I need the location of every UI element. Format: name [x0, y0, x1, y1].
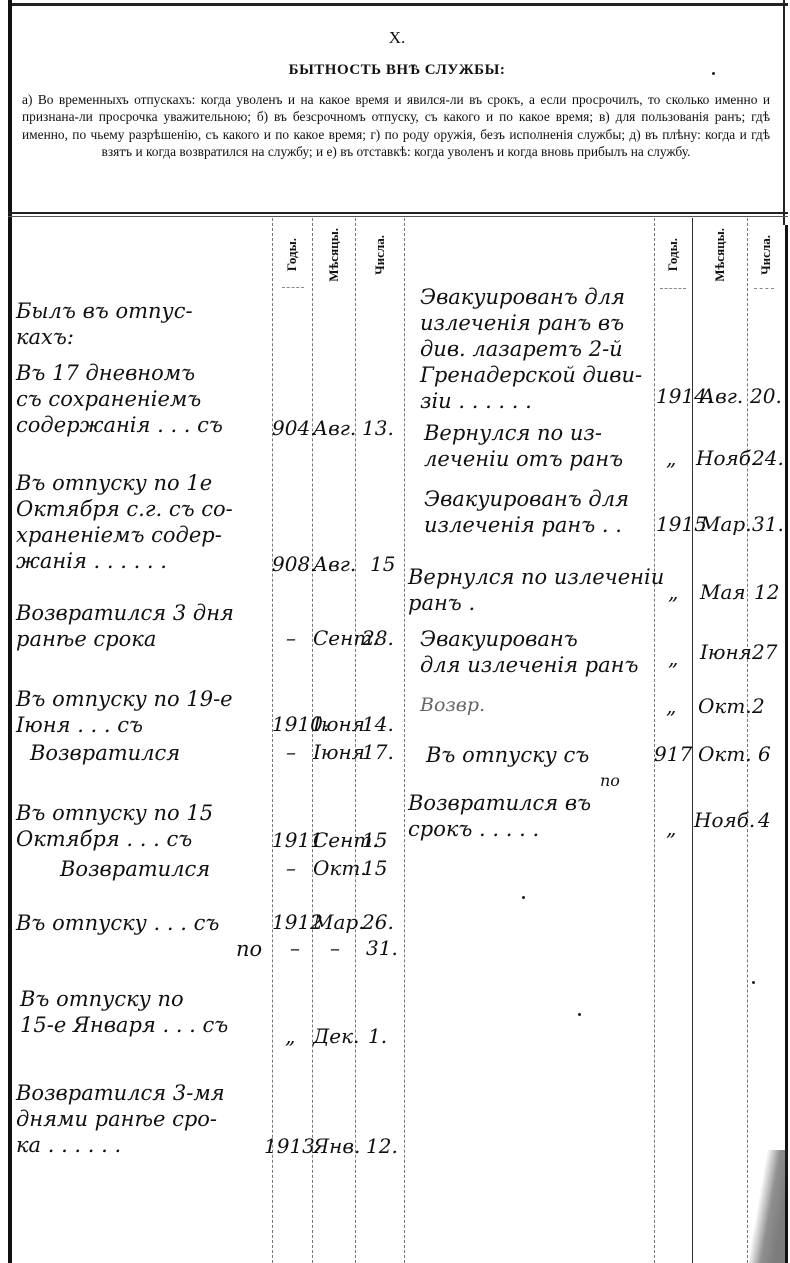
col-header-right-days: Числа.: [747, 222, 785, 288]
right-day: 12: [754, 580, 779, 604]
left-year: –: [286, 740, 296, 764]
left-month: Іюня: [313, 712, 365, 736]
left-day: 12.: [366, 1134, 398, 1158]
left-month: Янв.: [313, 1134, 360, 1158]
left-entry: Возвратился 3-мя днями ранѣе сро- ка . .…: [16, 1080, 225, 1158]
section-title: БЫТНОСТЬ ВНѢ СЛУЖБЫ:: [14, 62, 780, 79]
right-entry: Въ отпуску съ: [426, 742, 589, 768]
left-month: Окт.: [313, 856, 367, 880]
right-month: Окт.: [698, 742, 752, 766]
right-month: Авг.: [700, 384, 743, 408]
right-entry: по: [600, 768, 620, 794]
right-month: Нояб.: [696, 446, 757, 470]
right-entry: Возвр.: [420, 692, 485, 718]
left-entry: Возвратился: [30, 740, 180, 766]
service-record-page: X. БЫТНОСТЬ ВНѢ СЛУЖБЫ: а) Во временныхъ…: [0, 0, 790, 1263]
left-year: „: [285, 1024, 295, 1048]
left-year: –: [286, 626, 296, 650]
left-month: Іюня: [313, 740, 365, 764]
right-entry: Эвакуированъ для излеченія ранъ . .: [424, 486, 629, 538]
col-header-left-days: Числа.: [355, 222, 404, 288]
right-entry: Вернулся по излеченіи ранъ .: [408, 564, 664, 616]
header-dash: [754, 288, 774, 289]
right-year: „: [666, 816, 676, 840]
left-year: 904.: [272, 416, 317, 440]
left-day: 28.: [362, 626, 394, 650]
right-day: 24.: [752, 446, 784, 470]
right-year: „: [666, 694, 676, 718]
right-entry: Возвратился въ срокъ . . . . .: [408, 790, 591, 842]
right-day: 6: [758, 742, 771, 766]
left-day: 1.: [368, 1024, 387, 1048]
left-entry: Возвратился: [60, 856, 210, 882]
left-entry: Въ отпуску по 15 Октября . . . съ: [16, 800, 213, 852]
divider-center: [404, 218, 405, 1263]
right-year: „: [666, 446, 676, 470]
left-entry: по: [236, 936, 262, 962]
right-day: 27: [752, 640, 777, 664]
left-entry: Въ отпуску . . . съ: [16, 910, 219, 936]
divider-left-years: [272, 218, 273, 1263]
left-day: 17.: [362, 740, 394, 764]
right-entry: Вернулся по из- леченіи отъ ранъ: [424, 420, 623, 472]
right-month: Іюня: [700, 640, 752, 664]
left-day: 15: [362, 828, 387, 852]
top-rule: [8, 3, 788, 6]
col-header-left-months: Мѣсяцы.: [312, 222, 355, 288]
left-month: Авг.: [313, 552, 356, 576]
left-year: 1913: [264, 1134, 315, 1158]
left-entry: Въ 17 дневномъ съ сохраненіемъ содержані…: [16, 360, 223, 438]
left-month: Мар.: [313, 910, 365, 934]
right-year: „: [668, 646, 678, 670]
left-year: 908.: [272, 552, 317, 576]
section-number: X.: [14, 28, 780, 48]
header-rule-thin: [8, 216, 788, 217]
left-day: 26.: [362, 910, 394, 934]
left-day: 31.: [366, 936, 398, 960]
right-year: „: [668, 580, 678, 604]
header-dash: [660, 288, 686, 289]
right-border: [785, 225, 788, 1263]
left-year: –: [286, 856, 296, 880]
col-header-right-years: Годы.: [654, 222, 692, 288]
section-instructions: а) Во временныхъ отпускахъ: когда уволен…: [22, 91, 770, 160]
left-entry: Возвратился 3 дня ранѣе срока: [16, 600, 234, 652]
divider-right-days: [747, 218, 748, 1263]
left-month: Авг.: [313, 416, 356, 440]
divider-right-months: [692, 218, 693, 1263]
scan-speck: [522, 896, 525, 899]
right-day: 2: [752, 694, 765, 718]
right-day: 31.: [752, 512, 784, 536]
section-header: X. БЫТНОСТЬ ВНѢ СЛУЖБЫ: а) Во временныхъ…: [14, 8, 780, 160]
left-entry: Въ отпуску по 19-е Іюня . . . съ: [16, 686, 233, 738]
header-dash: [282, 287, 304, 288]
scan-speck: [578, 1013, 581, 1016]
right-month: Нояб.: [694, 808, 755, 832]
left-day: 13.: [362, 416, 394, 440]
right-month: Мар.: [700, 512, 752, 536]
left-entry: Въ отпуску по 15-е Января . . . съ: [20, 986, 228, 1038]
right-year: 917: [654, 742, 692, 766]
divider-right-years: [654, 218, 655, 1263]
left-month: –: [330, 936, 340, 960]
left-year: –: [290, 936, 300, 960]
left-entry: Былъ въ отпус- кахъ:: [16, 298, 193, 350]
left-entry: Въ отпуску по 1е Октября с.г. съ со- хра…: [16, 470, 233, 574]
right-day: 20.: [750, 384, 782, 408]
scan-speck: [712, 72, 715, 75]
col-header-left-years: Годы.: [272, 222, 312, 288]
right-month: Окт.: [698, 694, 752, 718]
scan-smudge: [740, 1150, 788, 1263]
left-day: 14.: [362, 712, 394, 736]
scan-speck: [752, 981, 755, 984]
left-month: Дек.: [313, 1024, 359, 1048]
header-rule: [8, 212, 788, 214]
left-border: [8, 0, 12, 1263]
right-month: Мая: [700, 580, 746, 604]
right-entry: Эвакуированъ для излеченія ранъ въ див. …: [420, 284, 642, 414]
left-day: 15: [362, 856, 387, 880]
right-entry: Эвакуированъ для излеченія ранъ: [420, 626, 638, 678]
right-border-top: [783, 0, 785, 225]
left-day: 15: [370, 552, 395, 576]
col-header-right-months: Мѣсяцы.: [692, 222, 747, 288]
right-day: 4: [758, 808, 771, 832]
